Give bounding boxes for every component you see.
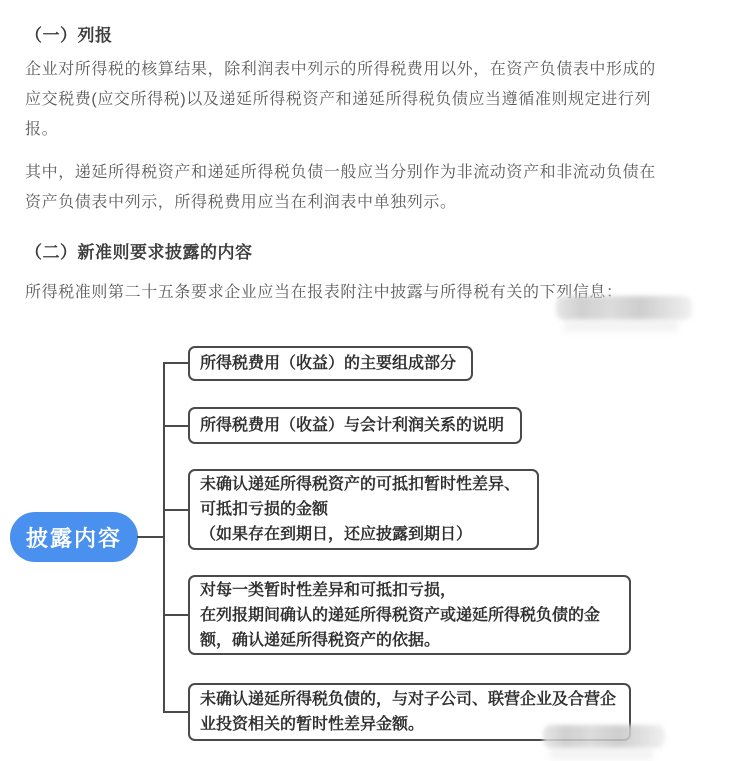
box-line: 所得税费用（收益）与会计利润关系的说明 [200,413,510,438]
connector-branch-2 [164,425,188,427]
paragraph-line: 企业对所得税的核算结果，除利润表中列示的所得税费用以外，在资产负债表中形成的 [25,55,656,85]
connector-trunk [163,362,165,713]
box-line: 未确认递延所得税资产的可抵扣暂时性差异、 [200,472,527,497]
paragraph-line: 其中，递延所得税资产和递延所得税负债一般应当分别作为非流动资产和非流动负债在 [25,158,656,188]
box-line: 可抵扣亏损的金额 [200,497,527,522]
connector-branch-3 [164,509,188,511]
disclosure-box-4: 对每一类暂时性差异和可抵扣亏损， 在列报期间确认的递延所得税资产或递延所得税负债… [188,575,631,655]
paragraph-1: 企业对所得税的核算结果，除利润表中列示的所得税费用以外，在资产负债表中形成的 应… [25,55,656,145]
root-node-label: 披露内容 [26,522,122,553]
paragraph-line: 资产负债表中列示，所得税费用应当在利润表中单独列示。 [25,188,656,218]
paragraph-3: 所得税准则第二十五条要求企业应当在报表附注中披露与所得税有关的下列信息： [25,278,623,308]
section-heading-2: （二）新准则要求披露的内容 [25,238,253,263]
connector-branch-5 [164,711,188,713]
box-line: 在列报期间确认的递延所得税资产或递延所得税负债的金 [200,603,619,628]
paragraph-line: 报。 [25,115,656,145]
watermark-smudge-top [556,296,692,320]
box-line: 对每一类暂时性差异和可抵扣亏损， [200,578,619,603]
connector-branch-4 [164,614,188,616]
paragraph-line: 应交税费(应交所得税)以及递延所得税资产和递延所得税负债应当遵循准则规定进行列 [25,85,656,115]
connector-branch-1 [164,362,188,364]
article-page: （一）列报 企业对所得税的核算结果，除利润表中列示的所得税费用以外，在资产负债表… [0,0,737,761]
paragraph-2: 其中，递延所得税资产和递延所得税负债一般应当分别作为非流动资产和非流动负债在 资… [25,158,656,218]
box-line: （如果存在到期日，还应披露到期日） [200,522,527,547]
paragraph-line: 所得税准则第二十五条要求企业应当在报表附注中披露与所得税有关的下列信息： [25,278,623,308]
box-line: 未确认递延所得税负债的，与对子公司、联营企业及合营企 [200,687,619,712]
root-node-disclosure: 披露内容 [10,512,138,562]
disclosure-box-2: 所得税费用（收益）与会计利润关系的说明 [188,407,522,444]
disclosure-box-3: 未确认递延所得税资产的可抵扣暂时性差异、 可抵扣亏损的金额 （如果存在到期日，还… [188,469,539,550]
section-heading-1: （一）列报 [25,21,113,46]
watermark-smudge-bottom [543,725,665,748]
box-line: 所得税费用（收益）的主要组成部分 [200,351,461,376]
root-connector-line [137,536,164,538]
box-line: 额，确认递延所得税资产的依据。 [200,628,619,653]
disclosure-box-1: 所得税费用（收益）的主要组成部分 [188,346,473,381]
